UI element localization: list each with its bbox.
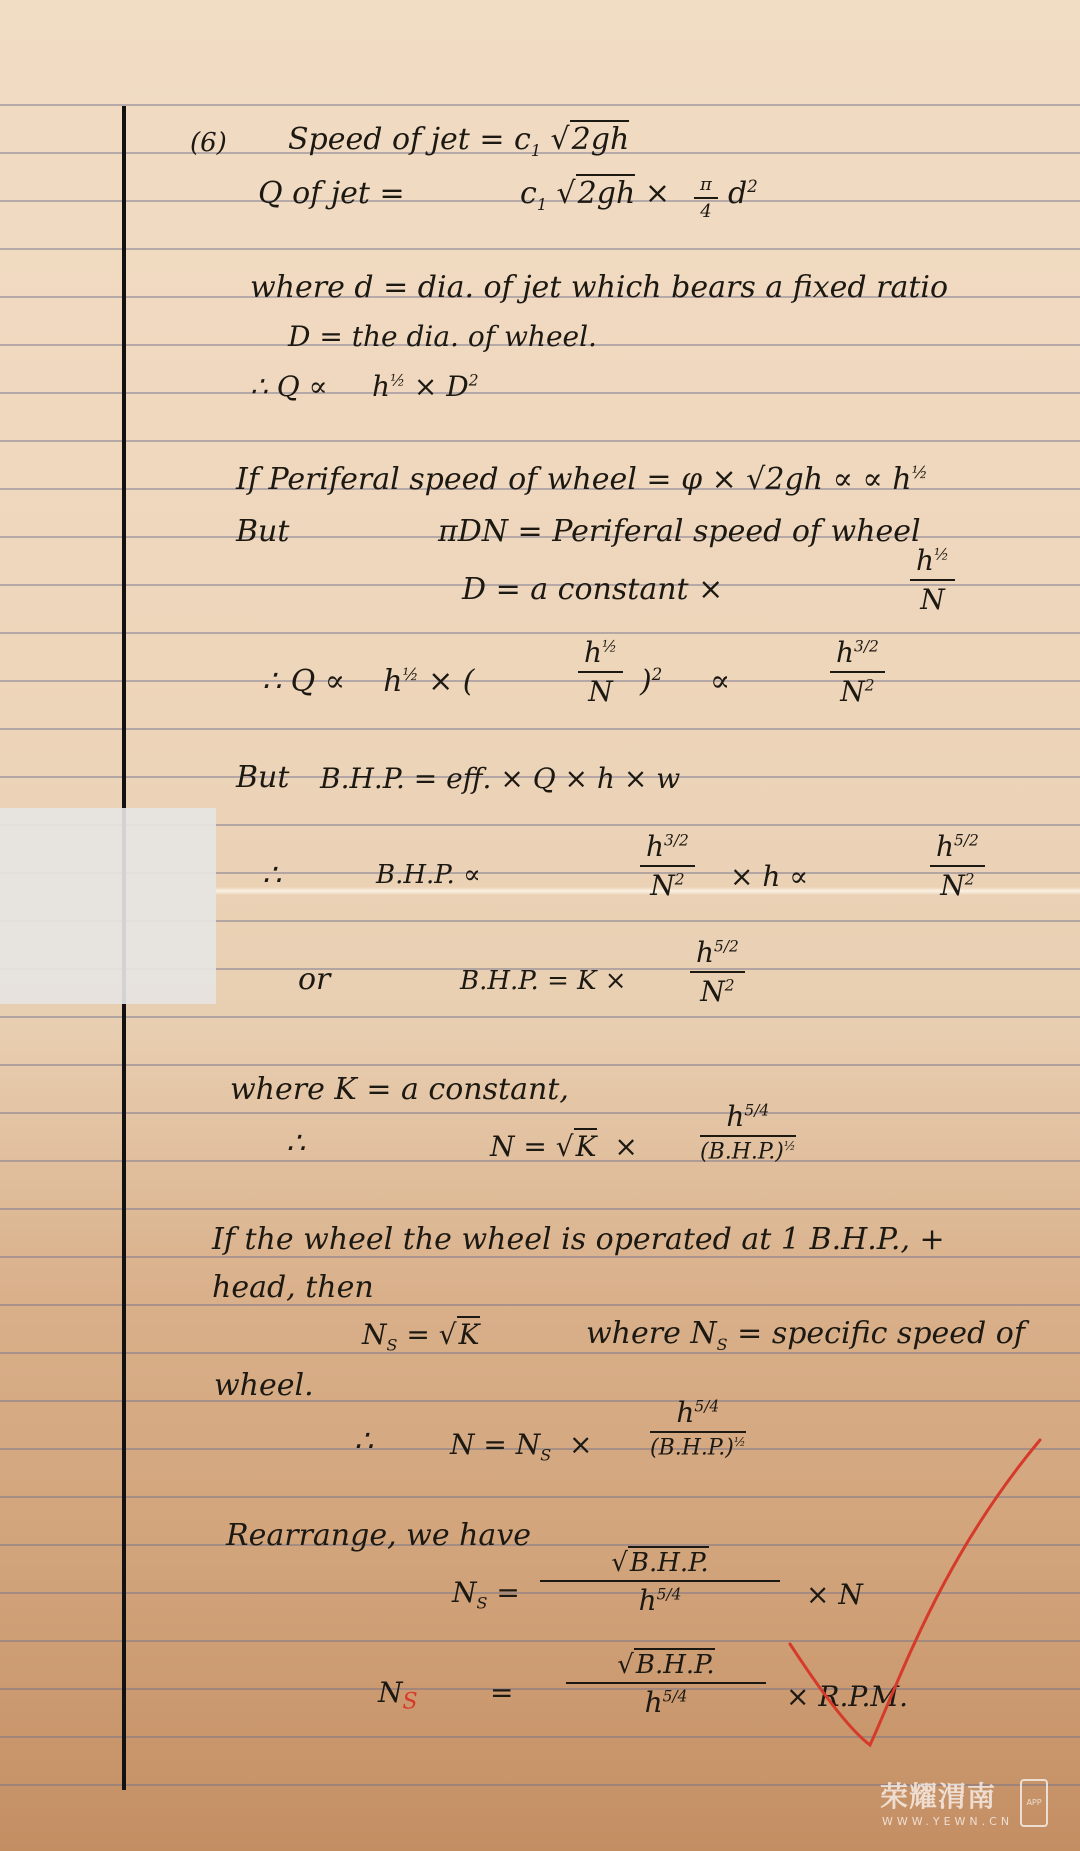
phone-app-icon: APP	[1020, 1779, 1048, 1827]
watermark-url: WWW.YEWN.CN	[882, 1815, 1013, 1828]
watermark-brand: 荣耀渭南	[880, 1775, 996, 1815]
watermark-logo: 荣耀渭南 WWW.YEWN.CN APP	[880, 1775, 1050, 1835]
notebook-page: (6) Speed of jet = c1 √2gh Q of jet = c1…	[0, 0, 1080, 1851]
red-check-mark-icon	[0, 0, 1080, 1851]
